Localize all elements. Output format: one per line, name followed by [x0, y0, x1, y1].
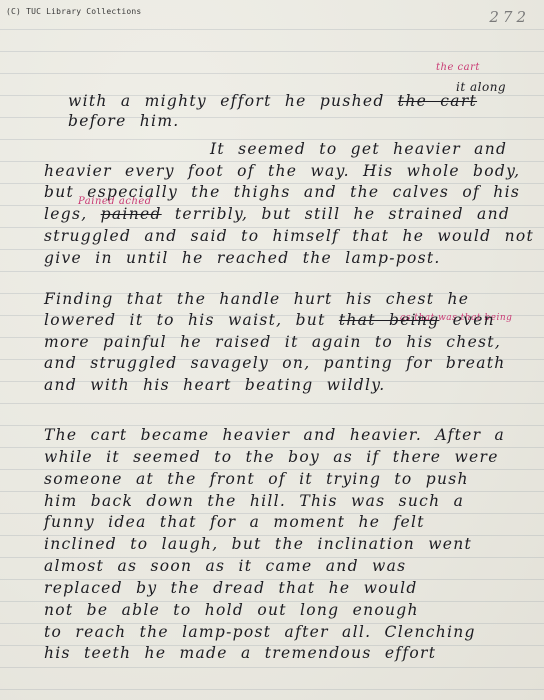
text-line: Finding that the handle hurt his chest h… [44, 290, 544, 308]
text-line: while it seemed to the boy as if there w… [44, 448, 544, 466]
text-line: and struggled savagely on, panting for b… [44, 354, 544, 372]
text-line: almost as soon as it came and was [44, 557, 544, 575]
text-line: legs, pained terribly, but still he stra… [44, 205, 544, 223]
text-line: and with his heart beating wildly. [44, 376, 544, 394]
text-line: It seemed to get heavier and [210, 140, 544, 158]
text-line: before him. [68, 112, 544, 130]
text-line: heavier every foot of the way. His whole… [44, 162, 544, 180]
text-line: The cart became heavier and heavier. Aft… [44, 426, 544, 444]
copyright-notice: (C) TUC Library Collections [6, 7, 141, 16]
text-line: more painful he raised it again to his c… [44, 333, 544, 351]
text-line: give in until he reached the lamp-post. [44, 249, 544, 267]
text-line: with a mighty effort he pushed the cart [68, 92, 544, 110]
text-line: not be able to hold out long enough [44, 601, 544, 619]
struck-text: that being [339, 311, 440, 329]
page-number: 272 [489, 8, 530, 26]
text-line: him back down the hill. This was such a [44, 492, 544, 510]
text-line: inclined to laugh, but the inclination w… [44, 535, 544, 553]
text-line: lowered it to his waist, but that being … [44, 311, 544, 329]
struck-text: pained [101, 205, 162, 223]
struck-text: the cart [398, 92, 477, 110]
text-line: his teeth he made a tremendous effort [44, 644, 544, 662]
insert-the-cart: the cart [436, 62, 480, 73]
text-line: funny idea that for a moment he felt [44, 513, 544, 531]
text-line: replaced by the dread that he would [44, 579, 544, 597]
manuscript-page: (C) TUC Library Collections 272 the cart… [0, 0, 544, 700]
text-line: but especially the thighs and the calves… [44, 183, 544, 201]
text-line: to reach the lamp-post after all. Clench… [44, 623, 544, 641]
text-line: struggled and said to himself that he wo… [44, 227, 544, 245]
text-line: someone at the front of it trying to pus… [44, 470, 544, 488]
